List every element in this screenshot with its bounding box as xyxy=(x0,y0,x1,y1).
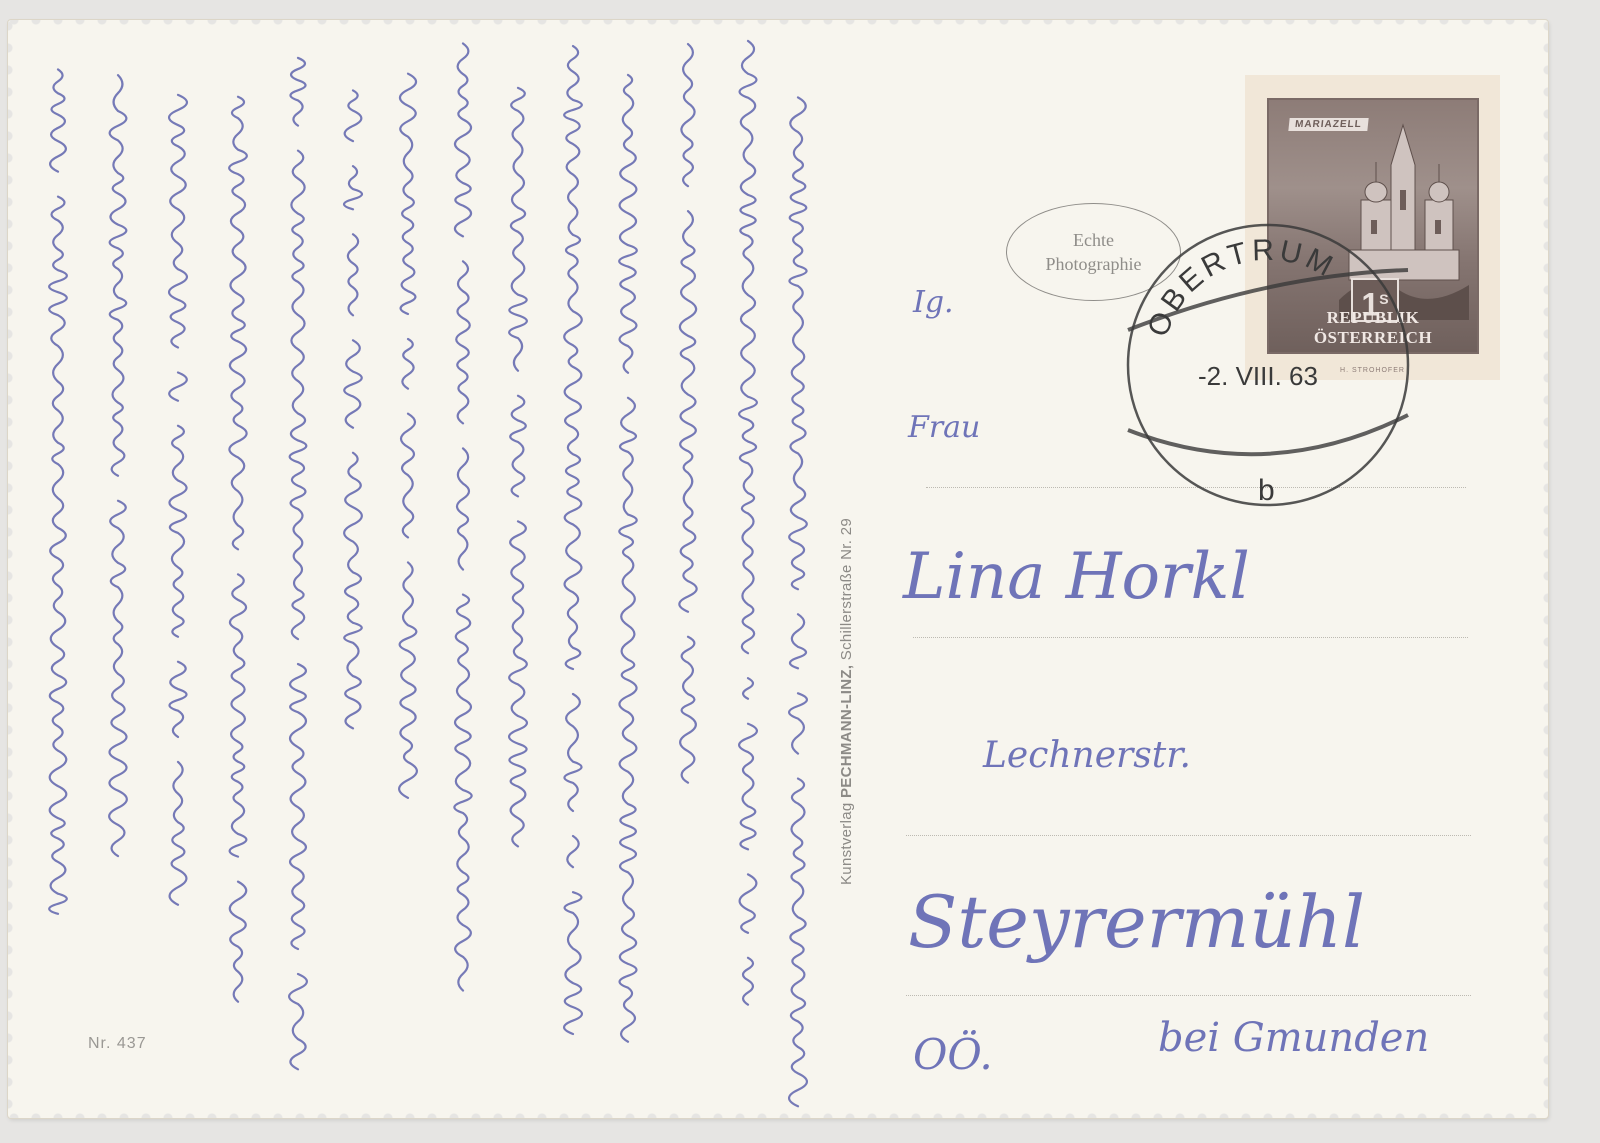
address-street: Lechnerstr. xyxy=(983,735,1191,776)
address-line xyxy=(906,835,1471,836)
imprint-prefix: Kunstverlag xyxy=(838,802,855,885)
handwritten-message xyxy=(8,20,828,1118)
stamp-currency: S xyxy=(1379,291,1388,307)
postmark-suffix: b xyxy=(1258,474,1275,507)
stamp-image: MARIAZELL xyxy=(1267,98,1479,354)
card-number: Nr. 437 xyxy=(88,1035,147,1053)
address-city: Steyrermühl xyxy=(908,880,1365,964)
photo-stamp-line1: Echte xyxy=(1007,228,1180,252)
address-salutation-1: Ig. xyxy=(913,285,954,320)
address-recipient: Lina Horkl xyxy=(903,540,1250,614)
address-line xyxy=(913,637,1468,638)
publisher-imprint: Kunstverlag PECHMANN-LINZ, Schillerstraß… xyxy=(838,518,855,885)
postage-stamp: MARIAZELL xyxy=(1245,75,1500,380)
address-city-note: bei Gmunden xyxy=(1158,1015,1429,1061)
imprint-address: Schillerstraße Nr. 29 xyxy=(838,518,855,660)
address-region: OÖ. xyxy=(913,1030,993,1079)
address-line xyxy=(926,487,1466,488)
stamp-artist: H. STROHOFER xyxy=(1245,367,1500,374)
deckled-edge-right xyxy=(1540,20,1548,1118)
photo-stamp-line2: Photographie xyxy=(1007,252,1180,276)
address-line xyxy=(906,995,1471,996)
address-salutation-2: Frau xyxy=(908,410,980,445)
stamp-country: REPUBLIK ÖSTERREICH xyxy=(1269,308,1477,348)
imprint-publisher: PECHMANN-LINZ, xyxy=(838,665,855,798)
photo-stamp-oval: Echte Photographie xyxy=(1006,203,1181,301)
postcard: Kunstverlag PECHMANN-LINZ, Schillerstraß… xyxy=(8,20,1548,1118)
